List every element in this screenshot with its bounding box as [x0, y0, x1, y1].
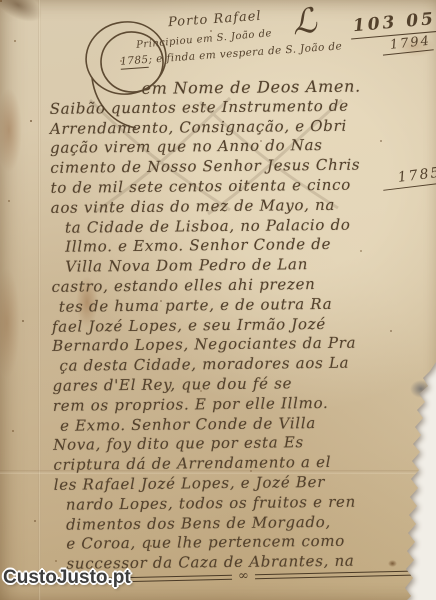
manuscript-line: nardo Lopes, todos os fruitos e ren	[66, 492, 402, 515]
manuscript-line: Arrendamento, Consignação, e Obri	[50, 116, 398, 139]
left-margin-stain-2	[0, 268, 20, 378]
manuscript-line: em Nome de Deos Amen.	[141, 76, 397, 98]
end-year: 1794	[381, 33, 434, 55]
scanned-document-photo: Porto Rafael Principiou em S. João de 17…	[0, 0, 436, 600]
manuscript-text-block: em Nome de Deos Amen.Saibão quantos este…	[49, 76, 402, 575]
manuscript-line: ta Cidade de Lisboa, no Palacio do	[65, 215, 399, 238]
manuscript-line: ça desta Cidade, moradores aos La	[59, 353, 400, 376]
manuscript-paper: Porto Rafael Principiou em S. João de 17…	[0, 0, 436, 600]
manuscript-line: to de mil sete centos oitenta e cinco	[50, 175, 398, 198]
paper-shadow-wrap: Porto Rafael Principiou em S. João de 17…	[0, 0, 436, 600]
edge-smudge	[410, 380, 432, 398]
divider-symbol: ∞	[232, 573, 255, 580]
archival-name-note: Porto Rafael	[168, 9, 263, 30]
foxing-specks	[0, 0, 2, 2]
left-margin-stain	[0, 88, 22, 172]
custojusto-watermark: CustoJusto.pt	[3, 567, 131, 589]
start-year: 1785	[120, 54, 149, 70]
vertical-fold-crease	[38, 0, 41, 600]
ledger-flourish-icon: ℒ	[289, 0, 319, 43]
